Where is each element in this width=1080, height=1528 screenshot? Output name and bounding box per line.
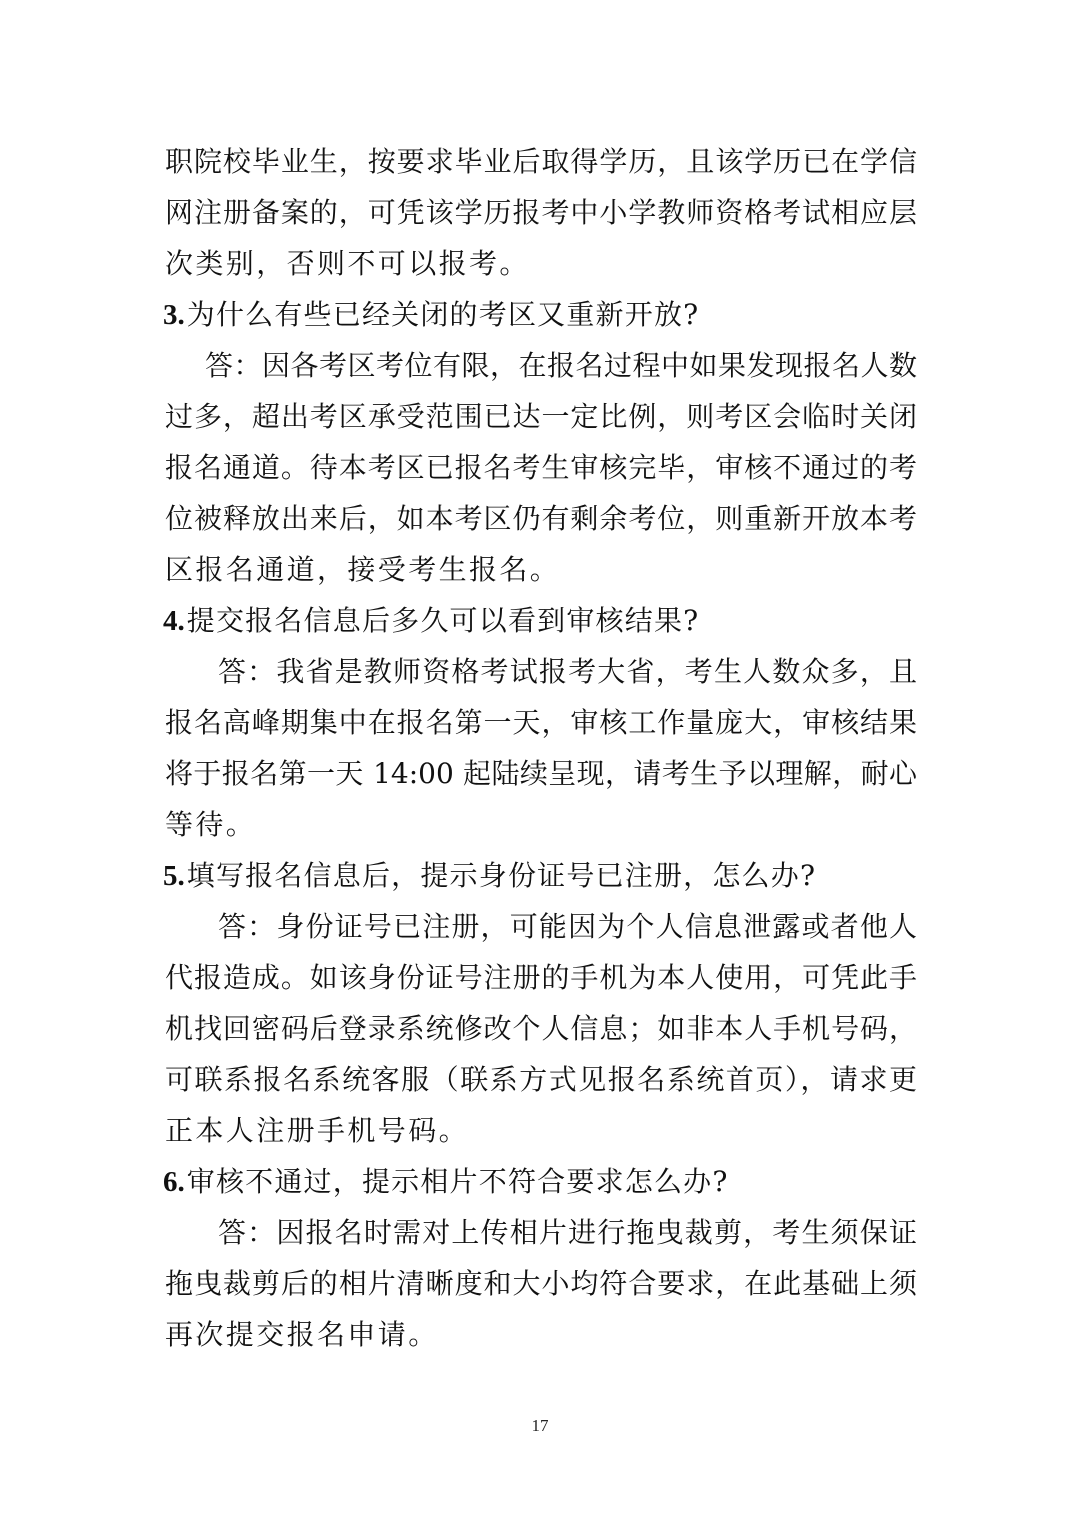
question-number: 6. xyxy=(163,1166,185,1198)
answer-line: 位被释放出来后，如本考区仍有剩余考位，则重新开放本考 xyxy=(165,493,917,544)
paragraph-line: 网注册备案的，可凭该学历报考中小学教师资格考试相应层 xyxy=(165,187,917,238)
answer-line: 报名通道。待本考区已报名考生审核完毕，审核不通过的考 xyxy=(165,442,917,493)
answer-line: 答：因各考区考位有限，在报名过程中如果发现报名人数 xyxy=(205,340,917,391)
document-page: 职院校毕业生，按要求毕业后取得学历，且该学历已在学信 网注册备案的，可凭该学历报… xyxy=(0,0,1080,1528)
question-heading-4: 4.提交报名信息后多久可以看到审核结果? xyxy=(163,595,699,646)
answer-line: 将于报名第一天 14:00 起陆续呈现，请考生予以理解，耐心 xyxy=(165,748,917,799)
question-heading-5: 5.填写报名信息后，提示身份证号已注册，怎么办? xyxy=(163,850,816,901)
paragraph-line: 职院校毕业生，按要求毕业后取得学历，且该学历已在学信 xyxy=(165,136,917,187)
answer-line: 报名高峰期集中在报名第一天，审核工作量庞大，审核结果 xyxy=(165,697,917,748)
answer-line: 正本人注册手机号码。 xyxy=(165,1105,917,1156)
answer-line: 区报名通道，接受考生报名。 xyxy=(165,544,917,595)
question-number: 4. xyxy=(163,605,185,637)
answer-line: 过多，超出考区承受范围已达一定比例，则考区会临时关闭 xyxy=(165,391,917,442)
question-text: 填写报名信息后，提示身份证号已注册，怎么办? xyxy=(187,859,816,892)
answer-line: 答：因报名时需对上传相片进行拖曳裁剪，考生须保证 xyxy=(218,1207,917,1258)
paragraph-line: 次类别，否则不可以报考。 xyxy=(165,238,917,289)
question-heading-3: 3.为什么有些已经关闭的考区又重新开放? xyxy=(163,289,699,340)
answer-line: 再次提交报名申请。 xyxy=(165,1309,917,1360)
answer-line: 机找回密码后登录系统修改个人信息；如非本人手机号码， xyxy=(165,1003,917,1054)
question-text: 提交报名信息后多久可以看到审核结果? xyxy=(187,604,700,637)
question-number: 5. xyxy=(163,860,185,892)
answer-line: 拖曳裁剪后的相片清晰度和大小均符合要求，在此基础上须 xyxy=(165,1258,917,1309)
answer-line: 答：身份证号已注册，可能因为个人信息泄露或者他人 xyxy=(218,901,917,952)
question-text: 为什么有些已经关闭的考区又重新开放? xyxy=(187,298,700,331)
answer-line: 代报造成。如该身份证号注册的手机为本人使用，可凭此手 xyxy=(165,952,917,1003)
page-number: 17 xyxy=(0,1416,1080,1436)
answer-line: 可联系报名系统客服（联系方式见报名系统首页），请求更 xyxy=(165,1054,917,1105)
answer-line: 答：我省是教师资格考试报考大省，考生人数众多，且 xyxy=(218,646,917,697)
answer-line: 等待。 xyxy=(165,799,917,850)
question-heading-6: 6.审核不通过，提示相片不符合要求怎么办? xyxy=(163,1156,729,1207)
question-number: 3. xyxy=(163,299,185,331)
question-text: 审核不通过，提示相片不符合要求怎么办? xyxy=(187,1165,729,1198)
